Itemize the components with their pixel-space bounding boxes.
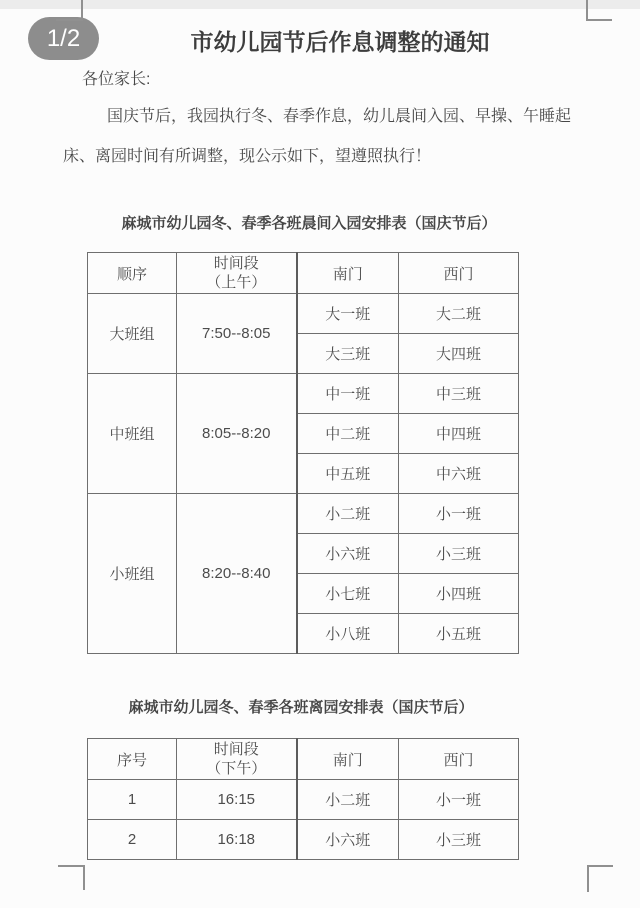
- cell-class: 中一班: [297, 374, 399, 414]
- col-header-south-gate: 南门: [297, 739, 399, 780]
- morning-arrival-table: 顺序 时间段 （上午） 南门 西门 大班组 7:50--8:05 大一班 大二班…: [87, 252, 519, 654]
- cell-class: 小五班: [399, 614, 519, 654]
- dismissal-table-caption: 麻城市幼儿园冬、春季各班离园安排表（国庆节后）: [0, 696, 640, 717]
- table-header-row: 顺序 时间段 （上午） 南门 西门: [88, 253, 519, 294]
- cell-class: 大二班: [399, 294, 519, 334]
- cell-number: 1: [88, 780, 177, 820]
- top-strip: [0, 0, 640, 9]
- crop-mark-top-left-icon: [56, 0, 83, 21]
- document-viewer: { "viewer": { "page_indicator": "1/2" },…: [0, 0, 640, 908]
- crop-mark-top-right-icon: [586, 0, 612, 21]
- cell-class: 中六班: [399, 454, 519, 494]
- table-row: 1 16:15 小二班 小一班: [88, 780, 519, 820]
- cell-class: 小一班: [399, 780, 519, 820]
- dismissal-table: 序号 时间段 （下午） 南门 西门 1 16:15 小二班 小一班 2 16:1…: [87, 738, 519, 860]
- col-header-timeslot: 时间段 （上午）: [177, 253, 297, 294]
- cell-class: 小二班: [297, 780, 399, 820]
- cell-class: 中五班: [297, 454, 399, 494]
- cell-class: 小八班: [297, 614, 399, 654]
- col-header-order: 顺序: [88, 253, 177, 294]
- cell-time: 8:20--8:40: [177, 494, 297, 654]
- morning-table-caption: 麻城市幼儿园冬、春季各班晨间入园安排表（国庆节后）: [0, 212, 640, 233]
- cell-time: 16:15: [177, 780, 297, 820]
- cell-time: 8:05--8:20: [177, 374, 297, 494]
- col-header-west-gate: 西门: [399, 739, 519, 780]
- col-header-timeslot: 时间段 （下午）: [177, 739, 297, 780]
- col-header-number: 序号: [88, 739, 177, 780]
- cell-class: 中四班: [399, 414, 519, 454]
- cell-number: 2: [88, 820, 177, 860]
- cell-class: 小六班: [297, 534, 399, 574]
- table-row: 2 16:18 小六班 小三班: [88, 820, 519, 860]
- cell-group-name: 中班组: [88, 374, 177, 494]
- col-header-timeslot-line2: （下午）: [177, 759, 296, 778]
- crop-mark-bottom-right-icon: [587, 865, 613, 892]
- cell-time: 16:18: [177, 820, 297, 860]
- cell-class: 小二班: [297, 494, 399, 534]
- cell-group-name: 小班组: [88, 494, 177, 654]
- cell-class: 中三班: [399, 374, 519, 414]
- cell-class: 大三班: [297, 334, 399, 374]
- page-indicator-badge: 1/2: [28, 17, 99, 60]
- col-header-timeslot-line2: （上午）: [177, 273, 296, 292]
- body-text-line: 床、离园时间有所调整，现公示如下，望遵照执行！: [63, 143, 431, 166]
- salutation-text: 各位家长:: [82, 66, 150, 89]
- table-row: 小班组 8:20--8:40 小二班 小一班: [88, 494, 519, 534]
- table-row: 中班组 8:05--8:20 中一班 中三班: [88, 374, 519, 414]
- cell-class: 小七班: [297, 574, 399, 614]
- cell-class: 中二班: [297, 414, 399, 454]
- col-header-west-gate: 西门: [399, 253, 519, 294]
- col-header-timeslot-line1: 时间段: [177, 254, 296, 273]
- table-header-row: 序号 时间段 （下午） 南门 西门: [88, 739, 519, 780]
- cell-class: 小一班: [399, 494, 519, 534]
- cell-time: 7:50--8:05: [177, 294, 297, 374]
- cell-class: 小三班: [399, 820, 519, 860]
- col-header-timeslot-line1: 时间段: [177, 740, 296, 759]
- crop-mark-bottom-left-icon: [58, 865, 85, 890]
- cell-class: 大四班: [399, 334, 519, 374]
- body-text-line: 国庆节后，我园执行冬、春季作息，幼儿晨间入园、早操、午睡起: [107, 103, 571, 126]
- cell-class: 小三班: [399, 534, 519, 574]
- table-row: 大班组 7:50--8:05 大一班 大二班: [88, 294, 519, 334]
- cell-class: 小六班: [297, 820, 399, 860]
- cell-class: 大一班: [297, 294, 399, 334]
- col-header-south-gate: 南门: [297, 253, 399, 294]
- cell-class: 小四班: [399, 574, 519, 614]
- cell-group-name: 大班组: [88, 294, 177, 374]
